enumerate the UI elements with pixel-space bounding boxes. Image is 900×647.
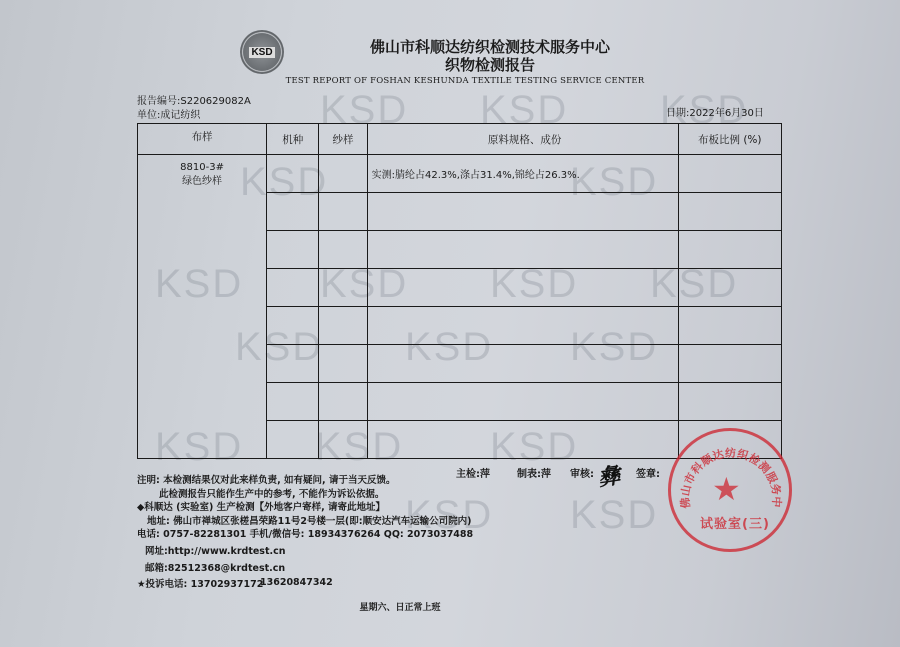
reviewer-signature: 彝 xyxy=(596,459,622,493)
yarn-cell xyxy=(319,155,367,193)
col-header-material: 原料规格、成份 xyxy=(367,124,678,155)
machine-cell xyxy=(267,193,319,231)
report-number: 报告编号:S220629082A xyxy=(137,92,251,107)
ratio-cell xyxy=(678,307,781,345)
report-title-english: TEST REPORT OF FOSHAN KESHUNDA TEXTILE T… xyxy=(270,76,660,86)
machine-cell xyxy=(267,421,319,459)
complaint-phone: ★投诉电话: 13702937172 xyxy=(137,576,263,590)
material-cell xyxy=(367,345,678,383)
material-cell xyxy=(367,307,678,345)
material-cell xyxy=(367,421,678,459)
machine-cell xyxy=(267,231,319,269)
machine-cell xyxy=(267,307,319,345)
machine-cell xyxy=(267,383,319,421)
yarn-cell xyxy=(319,307,367,345)
ksd-logo: KSD xyxy=(240,30,284,74)
col-header-yarn: 纱样 xyxy=(319,124,367,155)
client-unit: 单位:成记纺织 xyxy=(137,106,200,121)
col-header-ratio: 布板比例 (%) xyxy=(678,124,781,155)
complaint-phone-2: 13620847342 xyxy=(260,577,333,588)
material-cell xyxy=(367,383,678,421)
report-subtitle: 织物检测报告 xyxy=(300,54,680,75)
star-icon: ★ xyxy=(712,470,741,508)
machine-cell xyxy=(267,155,319,193)
yarn-cell xyxy=(319,421,367,459)
cloth-sample-code: 8810-3# xyxy=(138,161,266,175)
yarn-cell xyxy=(319,231,367,269)
ratio-cell xyxy=(678,383,781,421)
notes-block: 注明: 本检测结果仅对此来样负责, 如有疑问, 请于当天反馈。 此检测报告只能作… xyxy=(137,474,473,542)
table-row: 8810-3# 绿色纱样 实测:腈纶占42.3%,涤占31.4%,锦纶占26.3… xyxy=(138,155,782,193)
cloth-sample-cell: 8810-3# 绿色纱样 xyxy=(138,155,267,459)
material-cell xyxy=(367,269,678,307)
ratio-cell xyxy=(678,231,781,269)
material-cell: 实测:腈纶占42.3%,涤占31.4%,锦纶占26.3%. xyxy=(367,155,678,193)
material-cell xyxy=(367,193,678,231)
note-line: ◆科顺达 (实验室) 生产检测【外地客户寄样, 请寄此地址】 xyxy=(137,501,473,515)
footer-note: 星期六、日正常上班 xyxy=(320,600,480,613)
ratio-cell xyxy=(678,269,781,307)
note-line: 此检测报告只能作生产中的参考, 不能作为诉讼依据。 xyxy=(137,488,473,502)
email-link[interactable]: 邮箱:82512368@krdtest.cn xyxy=(145,560,285,574)
ratio-cell xyxy=(678,345,781,383)
website-link[interactable]: 网址:http://www.krdtest.cn xyxy=(145,543,286,557)
yarn-cell xyxy=(319,383,367,421)
report-date: 日期:2022年6月30日 xyxy=(666,104,764,119)
material-cell xyxy=(367,231,678,269)
stamp-label: 签章: xyxy=(636,465,660,480)
ratio-cell xyxy=(678,155,781,193)
cloth-sample-name: 绿色纱样 xyxy=(138,175,266,189)
address: 地址: 佛山市禅城区张槎昌荣路11号2号楼一层(即:顺安达汽车运输公司院内) xyxy=(137,515,473,529)
report-table: 布样 机种 纱样 原料规格、成份 布板比例 (%) 8810-3# 绿色纱样 实… xyxy=(137,123,782,459)
note-line: 注明: 本检测结果仅对此来样负责, 如有疑问, 请于当天反馈。 xyxy=(137,474,473,488)
watermark: KSD xyxy=(570,493,658,538)
col-header-cloth: 布样 xyxy=(138,124,267,155)
machine-cell xyxy=(267,345,319,383)
ratio-cell xyxy=(678,193,781,231)
col-header-machine: 机种 xyxy=(267,124,319,155)
yarn-cell xyxy=(319,345,367,383)
phone-info: 电话: 0757-82281301 手机/微信号: 18934376264 QQ… xyxy=(137,528,473,542)
yarn-cell xyxy=(319,193,367,231)
tabulator-label: 制表:萍 xyxy=(517,465,551,480)
yarn-cell xyxy=(319,269,367,307)
machine-cell xyxy=(267,269,319,307)
table-header-row: 布样 机种 纱样 原料规格、成份 布板比例 (%) xyxy=(138,124,782,155)
reviewer-label: 审核: xyxy=(570,465,594,480)
seal-bottom-text: 试验室(三) xyxy=(700,513,770,532)
